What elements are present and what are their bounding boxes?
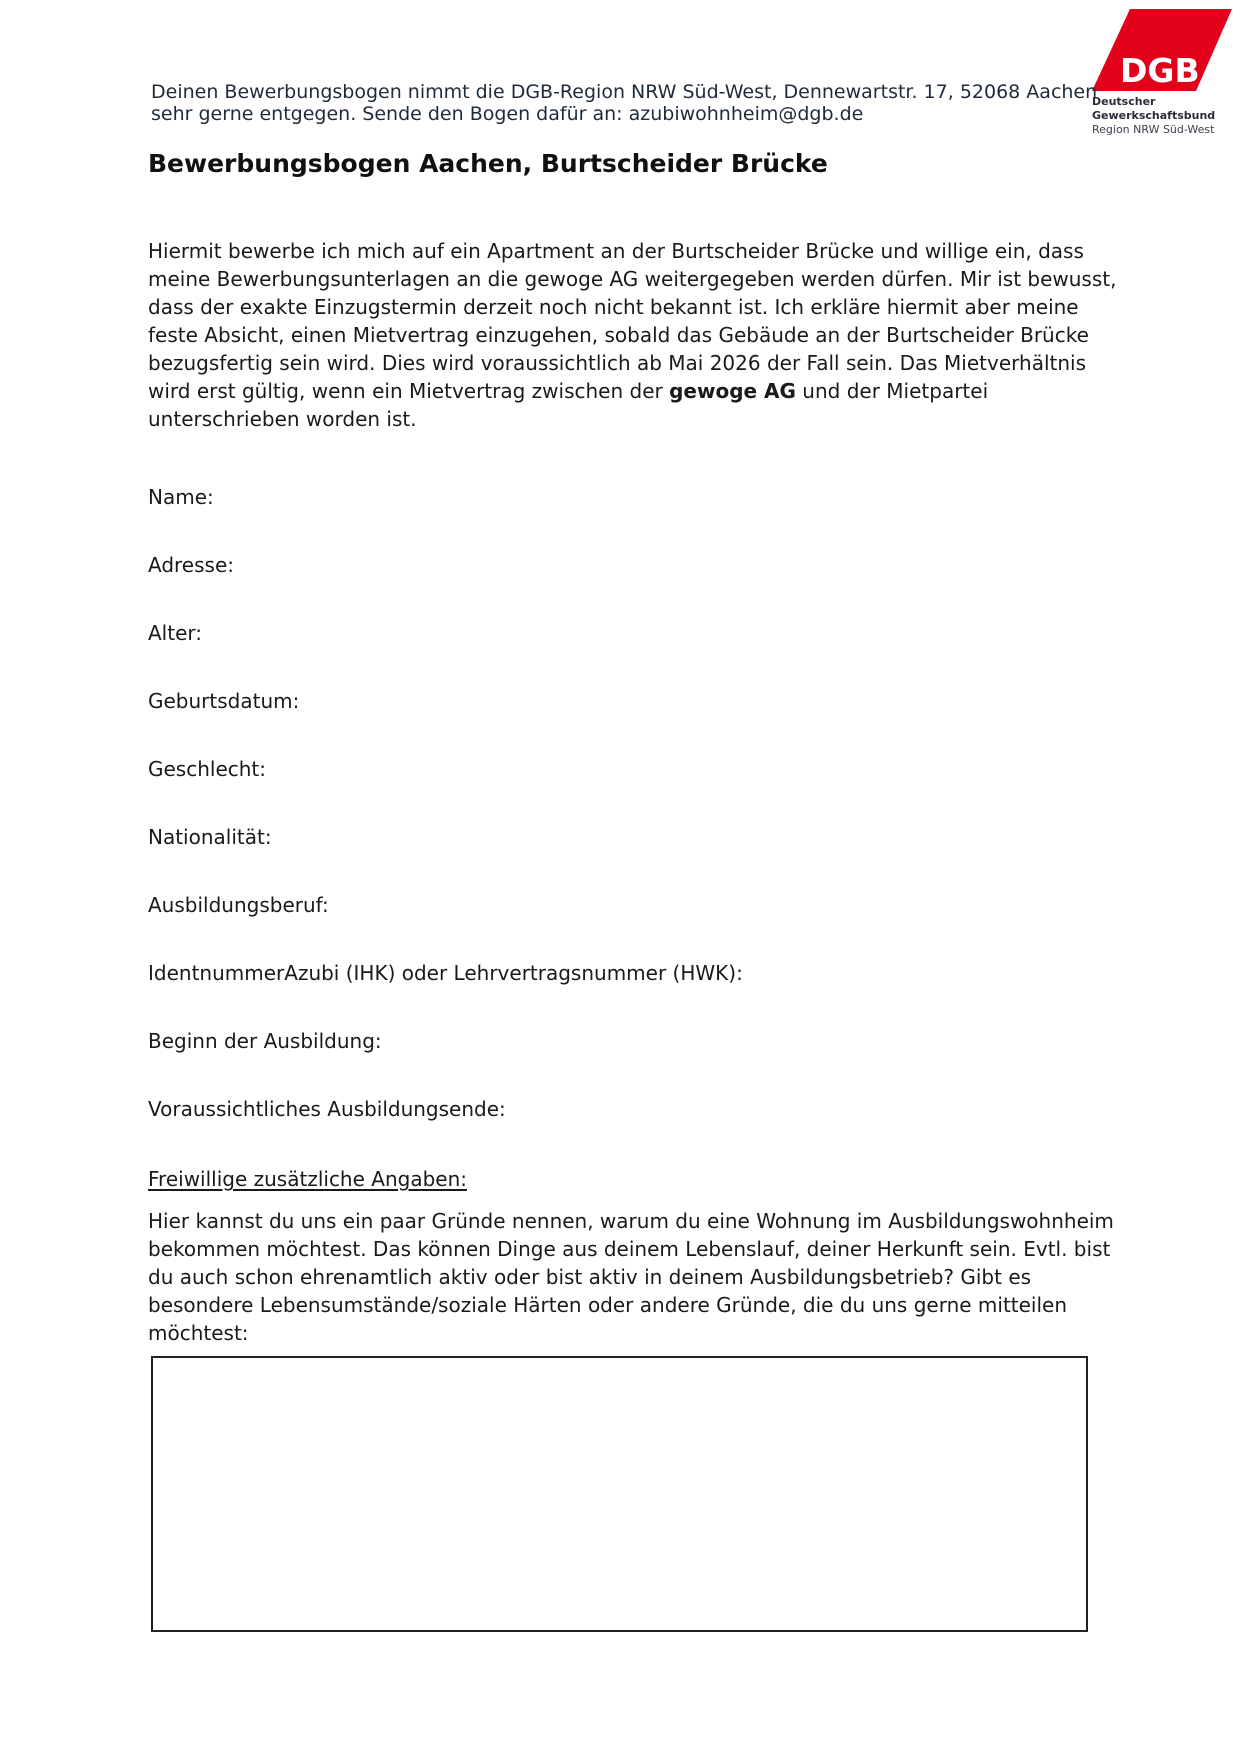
voluntary-line: besondere Lebensumstände/soziale Härten … (148, 1291, 1108, 1319)
voluntary-line: Hier kannst du uns ein paar Gründe nenne… (148, 1207, 1108, 1235)
field-training-start-label: Beginn der Ausbildung: (148, 1029, 382, 1053)
document-page: DGB Deutscher Gewerkschaftsbund Region N… (0, 0, 1240, 1753)
declaration-line: feste Absicht, einen Mietvertrag einzuge… (148, 321, 1108, 349)
field-age-label: Alter: (148, 621, 202, 645)
declaration-line: wird erst gültig, wenn ein Mietvertrag z… (148, 377, 1108, 405)
field-birthdate-label: Geburtsdatum: (148, 689, 299, 713)
field-address-label: Adresse: (148, 553, 234, 577)
field-id-number-label: IdentnummerAzubi (IHK) oder Lehrvertrags… (148, 961, 743, 985)
logo-line-1: Deutscher (1092, 95, 1215, 109)
declaration-bold-company: gewoge AG (669, 379, 796, 403)
declaration-paragraph: Hiermit bewerbe ich mich auf ein Apartme… (148, 237, 1108, 433)
logo-brand-text: DGB (1120, 54, 1200, 87)
declaration-text: wird erst gültig, wenn ein Mietvertrag z… (148, 379, 669, 403)
voluntary-line: bekommen möchtest. Das können Dinge aus … (148, 1235, 1108, 1263)
field-training-end-label: Voraussichtliches Ausbildungsende: (148, 1097, 506, 1121)
field-gender-label: Geschlecht: (148, 757, 266, 781)
declaration-line: Hiermit bewerbe ich mich auf ein Apartme… (148, 237, 1108, 265)
declaration-line: unterschrieben worden ist. (148, 405, 1108, 433)
intro-note-line-2: sehr gerne entgegen. Sende den Bogen daf… (151, 103, 1051, 125)
voluntary-line: möchtest: (148, 1319, 1108, 1347)
field-nationality-label: Nationalität: (148, 825, 272, 849)
logo-subtitle: Deutscher Gewerkschaftsbund Region NRW S… (1092, 95, 1215, 137)
page-title: Bewerbungsbogen Aachen, Burtscheider Brü… (148, 149, 828, 178)
voluntary-answer-box[interactable] (151, 1356, 1088, 1632)
declaration-line: meine Bewerbungsunterlagen an die gewoge… (148, 265, 1108, 293)
declaration-line: bezugsfertig sein wird. Dies wird voraus… (148, 349, 1108, 377)
declaration-line: dass der exakte Einzugstermin derzeit no… (148, 293, 1108, 321)
field-name-label: Name: (148, 485, 214, 509)
logo-line-2: Gewerkschaftsbund (1092, 109, 1215, 123)
voluntary-paragraph: Hier kannst du uns ein paar Gründe nenne… (148, 1207, 1108, 1347)
field-profession-label: Ausbildungsberuf: (148, 893, 329, 917)
logo-line-3: Region NRW Süd-West (1092, 123, 1215, 137)
declaration-text: und der Mietpartei (796, 379, 988, 403)
voluntary-heading: Freiwillige zusätzliche Angaben: (148, 1167, 467, 1191)
intro-note: Deinen Bewerbungsbogen nimmt die DGB-Reg… (151, 81, 1051, 125)
dgb-logo: DGB Deutscher Gewerkschaftsbund Region N… (1092, 9, 1237, 144)
voluntary-line: du auch schon ehrenamtlich aktiv oder bi… (148, 1263, 1108, 1291)
intro-note-line-1: Deinen Bewerbungsbogen nimmt die DGB-Reg… (151, 81, 1051, 103)
